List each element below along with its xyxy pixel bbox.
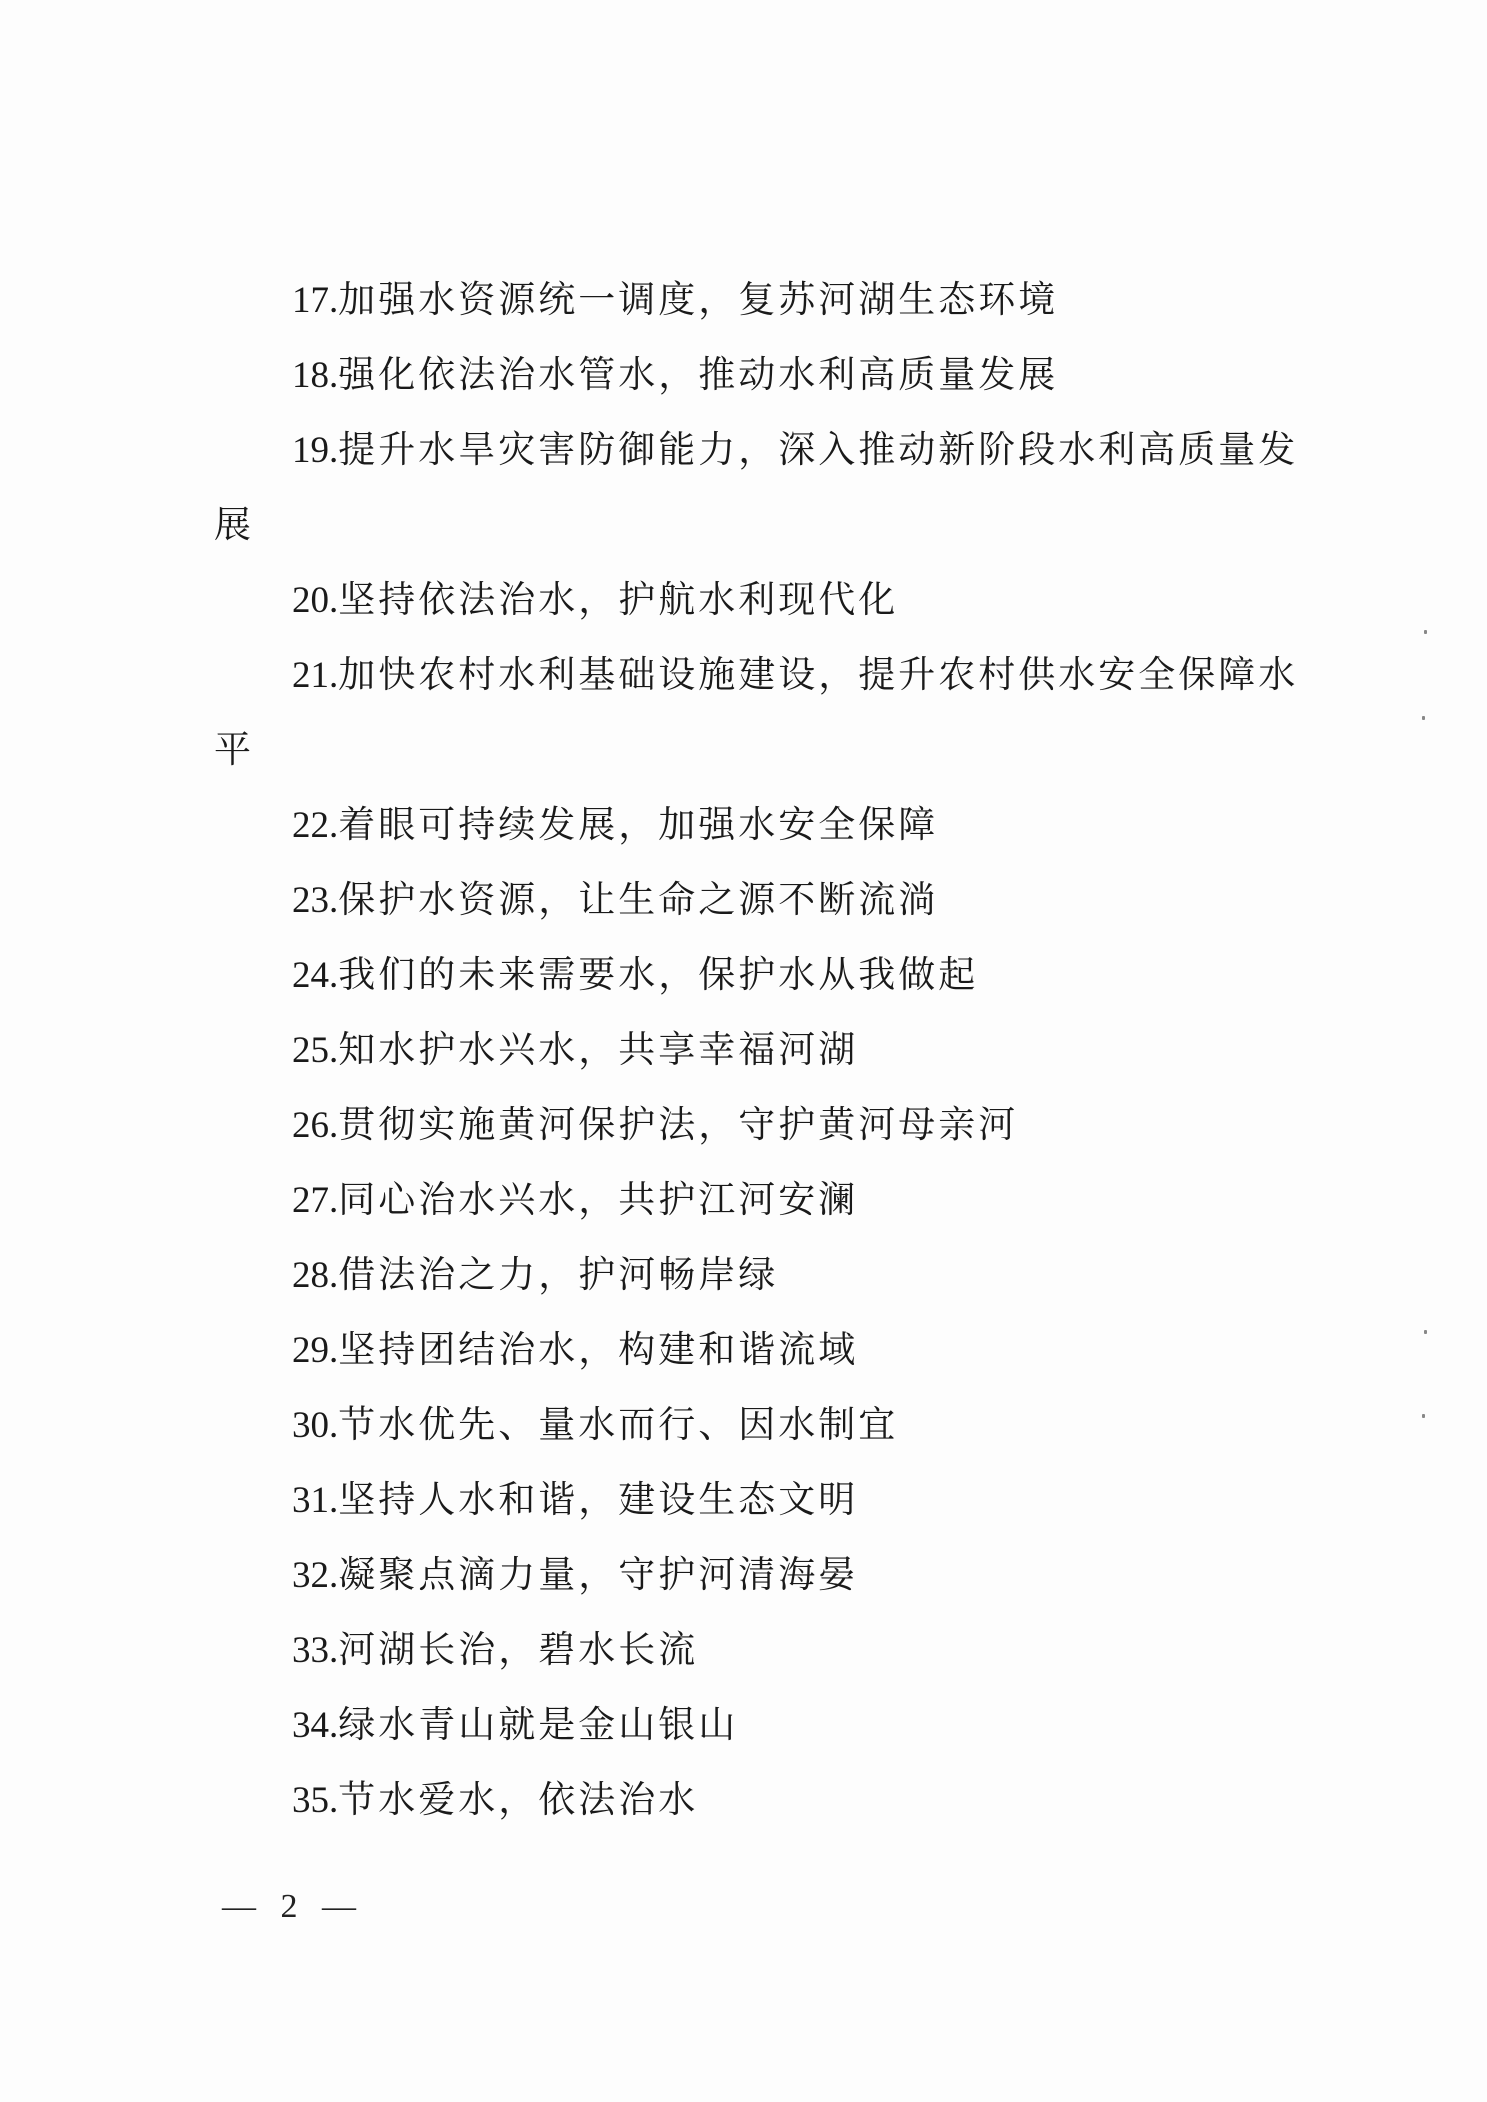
list-item-20: 20.坚持依法治水，护航水利现代化 xyxy=(0,562,1487,637)
scan-speck xyxy=(1424,1330,1427,1334)
list-item-35: 35.节水爱水，依法治水 xyxy=(0,1762,1487,1837)
document-page: 17.加强水资源统一调度，复苏河湖生态环境 18.强化依法治水管水，推动水利高质… xyxy=(0,0,1487,2102)
page-number: — 2 — xyxy=(222,1888,364,1926)
list-item-24: 24.我们的未来需要水，保护水从我做起 xyxy=(0,937,1487,1012)
list-item-21: 21.加快农村水利基础设施建设，提升农村供水安全保障水 xyxy=(0,637,1487,712)
list-item-33: 33.河湖长治，碧水长流 xyxy=(0,1612,1487,1687)
list-item-18: 18.强化依法治水管水，推动水利高质量发展 xyxy=(0,337,1487,412)
scan-speck xyxy=(1424,630,1427,634)
list-item-32: 32.凝聚点滴力量，守护河清海晏 xyxy=(0,1537,1487,1612)
list-item-19-continuation: 展 xyxy=(0,487,1487,562)
list-item-23: 23.保护水资源，让生命之源不断流淌 xyxy=(0,862,1487,937)
list-item-27: 27.同心治水兴水，共护江河安澜 xyxy=(0,1162,1487,1237)
list-item-21-continuation: 平 xyxy=(0,712,1487,787)
list-item-31: 31.坚持人水和谐，建设生态文明 xyxy=(0,1462,1487,1537)
list-item-34: 34.绿水青山就是金山银山 xyxy=(0,1687,1487,1762)
scan-speck xyxy=(1422,716,1425,720)
list-item-25: 25.知水护水兴水，共享幸福河湖 xyxy=(0,1012,1487,1087)
list-item-29: 29.坚持团结治水，构建和谐流域 xyxy=(0,1312,1487,1387)
list-item-17: 17.加强水资源统一调度，复苏河湖生态环境 xyxy=(0,262,1487,337)
list-item-28: 28.借法治之力，护河畅岸绿 xyxy=(0,1237,1487,1312)
list-item-19: 19.提升水旱灾害防御能力，深入推动新阶段水利高质量发 xyxy=(0,412,1487,487)
list-item-30: 30.节水优先、量水而行、因水制宜 xyxy=(0,1387,1487,1462)
scan-speck xyxy=(1422,1414,1425,1418)
list-item-22: 22.着眼可持续发展，加强水安全保障 xyxy=(0,787,1487,862)
slogan-list: 17.加强水资源统一调度，复苏河湖生态环境 18.强化依法治水管水，推动水利高质… xyxy=(0,262,1487,1837)
list-item-26: 26.贯彻实施黄河保护法，守护黄河母亲河 xyxy=(0,1087,1487,1162)
